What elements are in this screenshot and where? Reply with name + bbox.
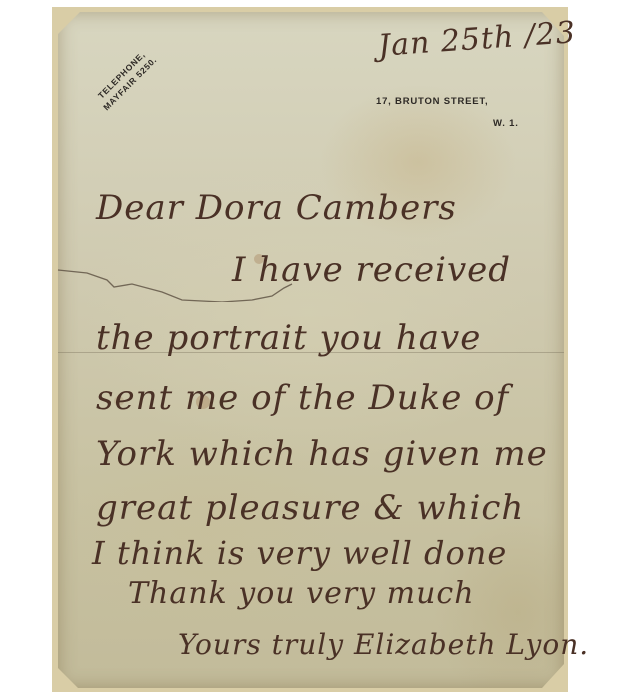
closing-signature: Yours truly Elizabeth Lyon. [178, 628, 589, 661]
body-line: sent me of the Duke of [96, 378, 509, 418]
body-line: York which has given me [96, 434, 548, 474]
body-line: Thank you very much [128, 576, 475, 611]
body-line: I have received [232, 250, 511, 290]
body-line: great pleasure & which [96, 488, 524, 528]
body-line: I think is very well done [92, 534, 507, 572]
letterhead-address-district: W. 1. [493, 118, 519, 129]
body-line: the portrait you have [96, 318, 481, 358]
letterhead-address-street: 17, BRUTON STREET, [376, 96, 488, 107]
salutation: Dear Dora Cambers [96, 188, 457, 228]
